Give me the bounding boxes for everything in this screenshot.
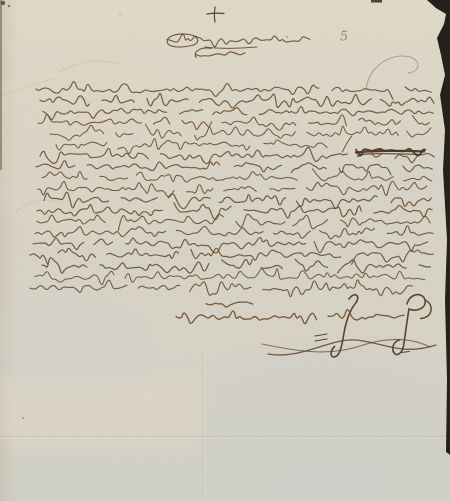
ink-speck [22,417,24,419]
backdrop-left-sliver [0,0,2,170]
backdrop-corner-speck [1,1,5,5]
manuscript-photo: 5 [0,0,450,501]
ink-speck [286,36,288,38]
backdrop-corner-speck [8,5,10,7]
manuscript-scene [0,0,450,501]
folio-number: 5 [339,28,356,44]
ink-speck [119,13,121,15]
backdrop-top-notch [371,0,382,3]
